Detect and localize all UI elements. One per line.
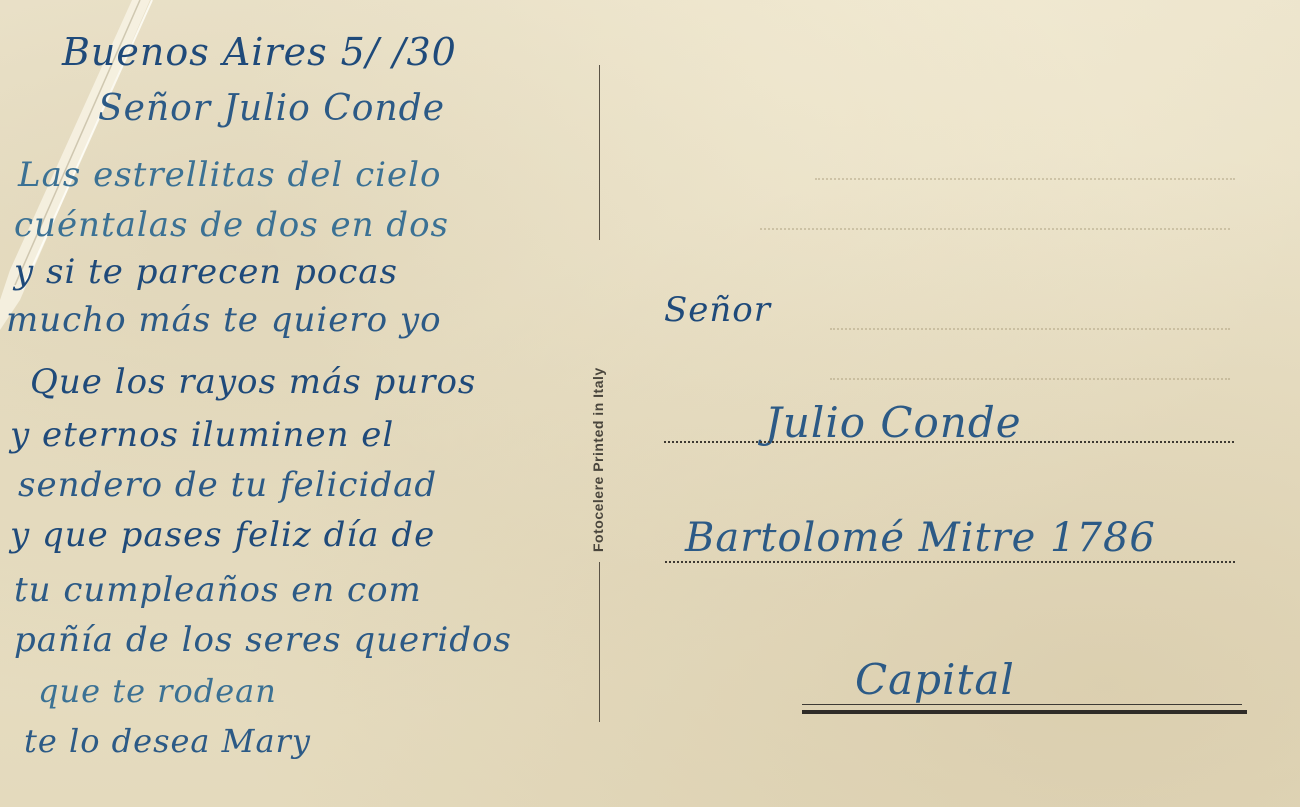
message-line: que te rodean	[38, 672, 277, 710]
message-line: y que pases feliz día de	[10, 515, 435, 555]
faint-address-line	[830, 378, 1230, 380]
address-street: Bartolomé Mitre 1786	[685, 515, 1156, 561]
address-city: Capital	[855, 655, 1015, 704]
message-line: tu cumpleaños en com	[14, 570, 422, 610]
message-line: cuéntalas de dos en dos	[14, 205, 449, 245]
faint-address-line	[760, 228, 1230, 230]
double-rule-thin	[802, 704, 1242, 705]
address-line-2	[665, 561, 1235, 563]
center-divider-bottom	[599, 562, 600, 722]
faint-address-line	[830, 328, 1230, 330]
postcard-back: Buenos Aires 5/ /30 Señor Julio Conde La…	[0, 0, 1300, 807]
salutation: Señor Julio Conde	[98, 88, 445, 129]
message-line: sendero de tu felicidad	[18, 465, 437, 505]
place-date: Buenos Aires 5/ /30	[62, 30, 457, 74]
faint-address-line	[815, 178, 1235, 180]
message-line: y si te parecen pocas	[14, 252, 398, 292]
message-line: mucho más te quiero yo	[6, 300, 442, 340]
double-rule-thick	[802, 710, 1247, 714]
message-line: pañía de los seres queridos	[14, 620, 512, 660]
message-line: y eternos iluminen el	[10, 415, 394, 455]
address-line-1	[664, 441, 1234, 443]
signature: te lo desea Mary	[24, 722, 311, 760]
message-line: Que los rayos más puros	[30, 362, 476, 402]
printer-imprint: Fotocelere Printed in Italy	[590, 367, 606, 552]
address-name: Julio Conde	[765, 398, 1022, 447]
address-title: Señor	[664, 290, 771, 330]
center-divider-top	[599, 65, 600, 240]
message-line: Las estrellitas del cielo	[18, 155, 441, 195]
